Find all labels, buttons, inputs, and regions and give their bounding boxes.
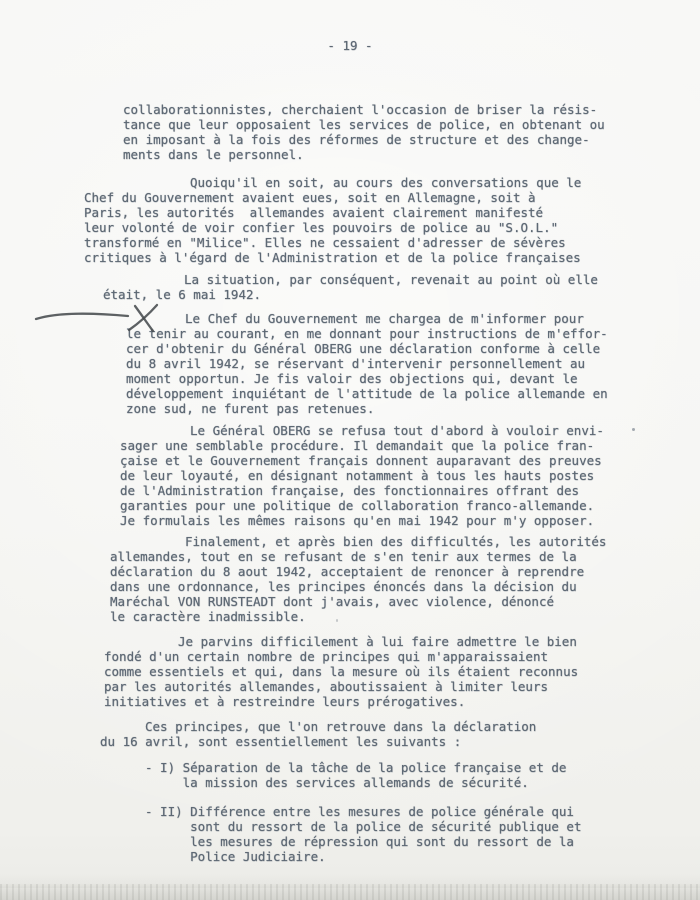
- paragraph-3: La situation, par conséquent, revenait a…: [103, 272, 598, 302]
- list-item-I: - I) Séparation de la tâche de la police…: [145, 760, 566, 790]
- page-number: - 19 -: [0, 38, 700, 53]
- paragraph-7: Je parvins difficilement à lui faire adm…: [104, 634, 578, 709]
- paragraph-6: Finalement, et après bien des difficulté…: [110, 534, 606, 624]
- pencil-margin-mark-icon: [28, 297, 168, 339]
- document-page: - 19 - collaborationnistes, cherchaient …: [0, 0, 700, 900]
- paragraph-5: Le Général OBERG se refusa tout d'abord …: [120, 423, 604, 528]
- paragraph-8: Ces principes, que l'on retrouve dans la…: [100, 719, 536, 749]
- list-item-II: - II) Différence entre les mesures de po…: [145, 804, 582, 864]
- paragraph-4: Le Chef du Gouvernement me chargea de m'…: [126, 311, 608, 416]
- paragraph-1: collaborationnistes, cherchaient l'occas…: [123, 102, 605, 162]
- paper-speck: [632, 428, 635, 431]
- paper-speck: [336, 619, 338, 622]
- scan-paper-edge: [0, 884, 700, 900]
- paragraph-2: Quoiqu'il en soit, au cours des conversa…: [84, 175, 581, 265]
